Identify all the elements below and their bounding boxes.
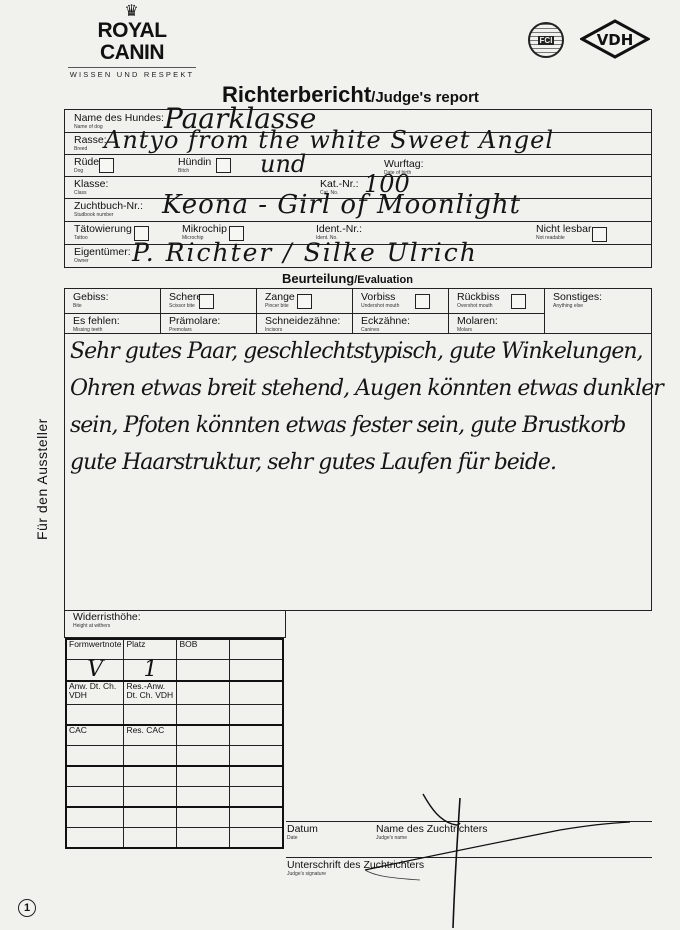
award-cell[interactable] — [66, 827, 124, 848]
award-cell[interactable] — [230, 639, 283, 660]
fci-logo-icon: FCI — [528, 22, 564, 58]
award-cell[interactable] — [230, 681, 283, 704]
overshot-cell: RückbissOvershot mouth — [449, 289, 545, 314]
row-owner: Eigentümer:Owner P. Richter / Silke Ulri… — [64, 244, 652, 267]
award-value-cell[interactable] — [230, 660, 283, 682]
remark-line: Sehr gutes Paar, geschlechtstypisch, gut… — [70, 333, 663, 370]
canines-cell[interactable]: Eckzähne:Canines — [353, 314, 449, 334]
award-cell[interactable] — [66, 704, 124, 725]
page-number-badge: 1 — [18, 899, 36, 917]
class-label: Klasse:Class — [74, 179, 108, 196]
scissor-cell: SchereScissor bite — [161, 289, 257, 314]
award-cell[interactable] — [177, 681, 230, 704]
brand-tagline: WISSEN UND RESPEKT — [64, 70, 200, 79]
missing-cell: Es fehlen:Missing teeth — [65, 314, 161, 334]
royal-canin-logo: ♛ ROYAL CANIN WISSEN UND RESPEKT — [64, 4, 200, 79]
award-cell[interactable] — [124, 766, 177, 787]
title-en: /Judge's report — [371, 89, 479, 106]
breed-value[interactable]: Antyo from the white Sweet Angel — [104, 126, 554, 154]
award-label-cell: Anw. Dt. Ch. VDH — [66, 681, 124, 704]
award-cell[interactable] — [230, 766, 283, 787]
award-label-cell: Res. CAC — [124, 725, 177, 746]
award-cell[interactable] — [230, 745, 283, 766]
canines-label: Eckzähne:Canines — [361, 316, 410, 333]
awards-row: Anw. Dt. Ch. VDHRes.-Anw. Dt. Ch. VDH — [66, 681, 283, 704]
breed-label: Rasse:Breed — [74, 135, 107, 152]
not-readable-label: Nicht lesbarNot readable — [536, 224, 591, 241]
awards-row — [66, 745, 283, 766]
other-label: Sonstiges:Anything else — [553, 292, 602, 309]
male-label: RüdeDog — [74, 157, 99, 174]
award-value-cell[interactable]: V — [66, 660, 124, 682]
studbook-value[interactable]: Keona - Girl of Moonlight — [162, 190, 521, 220]
award-cell[interactable] — [177, 827, 230, 848]
brand-name: ROYAL CANIN — [64, 20, 200, 64]
award-cell[interactable] — [124, 786, 177, 807]
brand-divider — [68, 67, 196, 68]
missing-label: Es fehlen:Missing teeth — [73, 316, 120, 333]
bite-label: Gebiss:Bite — [73, 292, 109, 309]
incisors-label: Schneidezähne:Incisors — [265, 316, 340, 333]
svg-text:VDH: VDH — [597, 31, 634, 49]
crown-icon: ♛ — [64, 4, 200, 20]
award-cell[interactable] — [66, 786, 124, 807]
award-cell[interactable] — [177, 704, 230, 725]
pincer-checkbox[interactable] — [297, 294, 312, 309]
award-cell[interactable] — [66, 766, 124, 787]
pincer-cell: ZangePincer bite — [257, 289, 353, 314]
awards-row — [66, 704, 283, 725]
row-breed: Rasse:Breed Antyo from the white Sweet A… — [64, 132, 652, 155]
owner-label: Eigentümer:Owner — [74, 247, 131, 264]
not-readable-checkbox[interactable] — [592, 227, 607, 242]
row-studbook: Zuchtbuch-Nr.:Studbook number Keona - Gi… — [64, 198, 652, 222]
remark-line: gute Haarstruktur, sehr gutes Laufen für… — [70, 444, 663, 481]
tattoo-label: TätowierungTattoo — [74, 224, 132, 241]
incisors-cell[interactable]: Schneidezähne:Incisors — [257, 314, 353, 334]
exhibitor-side-label: Für den Aussteller — [34, 418, 50, 540]
female-checkbox[interactable] — [216, 158, 231, 173]
studbook-label: Zuchtbuch-Nr.:Studbook number — [74, 201, 143, 218]
award-cell[interactable] — [124, 745, 177, 766]
award-cell[interactable] — [177, 766, 230, 787]
evaluation-title: Beurteilung/Evaluation — [282, 271, 413, 286]
height-at-withers-label: Widerristhöhe:Height at withers — [73, 612, 141, 629]
awards-row — [66, 827, 283, 848]
judge-signature-scribble — [260, 790, 640, 930]
remark-line: Ohren etwas breit stehend, Augen könnten… — [70, 370, 663, 407]
remark-line: sein, Pfoten könnten etwas fester sein, … — [70, 407, 663, 444]
overshot-checkbox[interactable] — [511, 294, 526, 309]
awards-row — [66, 807, 283, 828]
scissor-checkbox[interactable] — [199, 294, 214, 309]
height-at-withers-field[interactable]: Widerristhöhe:Height at withers — [64, 610, 286, 638]
award-cell[interactable] — [66, 807, 124, 828]
award-cell[interactable] — [124, 827, 177, 848]
awards-row — [66, 786, 283, 807]
award-cell[interactable] — [230, 725, 283, 746]
fci-logo-text: FCI — [538, 36, 555, 45]
other-cell[interactable]: Sonstiges:Anything else — [545, 289, 652, 334]
molars-label: Molaren:Molars — [457, 316, 498, 333]
award-value-cell[interactable] — [177, 660, 230, 682]
premolars-cell[interactable]: Prämolare:Premolars — [161, 314, 257, 334]
molars-cell[interactable]: Molaren:Molars — [449, 314, 545, 334]
pincer-label: ZangePincer bite — [265, 292, 295, 309]
awards-row — [66, 766, 283, 787]
award-label-cell: BOB — [177, 639, 230, 660]
awards-grid: FormwertnotePlatzBOBV1Anw. Dt. Ch. VDHRe… — [65, 638, 284, 849]
male-checkbox[interactable] — [99, 158, 114, 173]
premolars-label: Prämolare:Premolars — [169, 316, 220, 333]
vdh-logo-icon: VDH — [580, 19, 650, 59]
female-label: HündinBitch — [178, 157, 211, 174]
undershot-label: VorbissUndershot mouth — [361, 292, 399, 309]
award-cell[interactable] — [177, 807, 230, 828]
evaluation-remarks[interactable]: Sehr gutes Paar, geschlechtstypisch, gut… — [70, 333, 663, 481]
award-label-cell: CAC — [66, 725, 124, 746]
row-sex-dob: RüdeDog HündinBitch und Wurftag:Date of … — [64, 154, 652, 177]
undershot-cell: VorbissUndershot mouth — [353, 289, 449, 314]
award-cell[interactable] — [177, 745, 230, 766]
award-label-cell: Res.-Anw. Dt. Ch. VDH — [124, 681, 177, 704]
award-cell[interactable] — [66, 745, 124, 766]
award-cell[interactable] — [177, 725, 230, 746]
award-cell[interactable] — [230, 704, 283, 725]
connector-text: und — [260, 150, 306, 178]
awards-row: CACRes. CAC — [66, 725, 283, 746]
overshot-label: RückbissOvershot mouth — [457, 292, 500, 309]
undershot-checkbox[interactable] — [415, 294, 430, 309]
awards-row: V1 — [66, 660, 283, 682]
award-cell[interactable] — [177, 786, 230, 807]
award-cell[interactable] — [124, 807, 177, 828]
award-cell[interactable] — [124, 704, 177, 725]
award-value-cell[interactable]: 1 — [124, 660, 177, 682]
owner-value[interactable]: P. Richter / Silke Ulrich — [132, 238, 478, 267]
scissor-label: SchereScissor bite — [169, 292, 202, 309]
bite-cell: Gebiss:Bite — [65, 289, 161, 314]
